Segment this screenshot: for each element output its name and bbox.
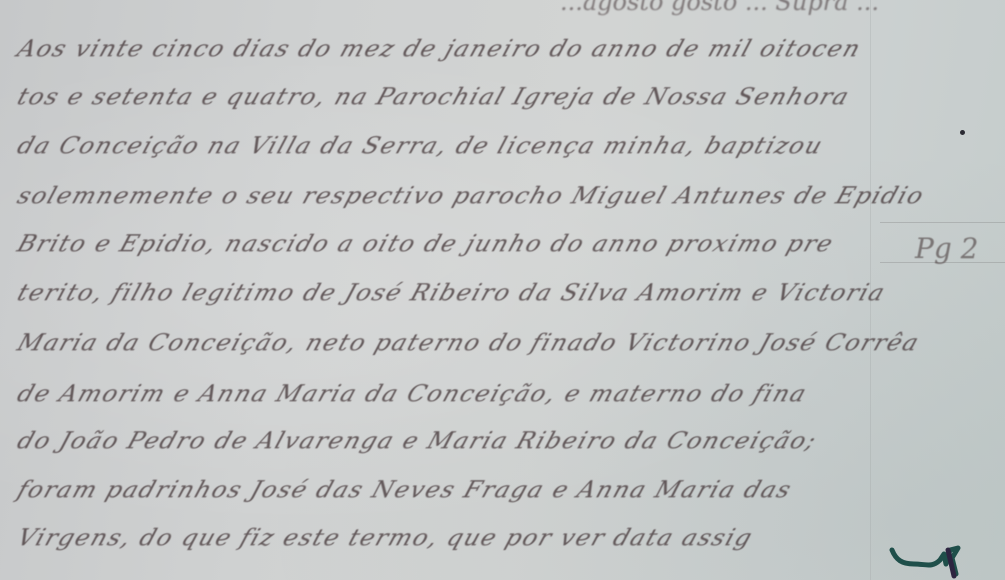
handwriting-line-6: terito, filho legitimo de José Ribeiro d… [14, 279, 889, 306]
margin-rule-top [880, 222, 1005, 223]
handwriting-line-5: Brito e Epidio, nascido a oito de junho … [14, 230, 837, 257]
ink-dot [960, 130, 965, 135]
handwriting-line-1: Aos vinte cinco dias do mez de janeiro d… [14, 35, 865, 62]
handwriting-line-7: Maria da Conceição, neto paterno do fina… [14, 329, 923, 356]
handwriting-line-8: de Amorim e Anna Maria da Conceição, e m… [14, 380, 811, 407]
top-fragment-text: ...agosto gosto ... Supra ... [560, 0, 879, 16]
handwriting-line-9: do João Pedro de Alvarenga e Maria Ribei… [14, 427, 821, 454]
handwriting-line-3: da Conceição na Villa da Serra, de licen… [14, 132, 827, 159]
handwriting-line-4: solemnemente o seu respectivo parocho Mi… [14, 182, 928, 209]
signature-mark-icon [888, 540, 968, 580]
handwriting-line-2: tos e setenta e quatro, na Parochial Igr… [14, 83, 854, 110]
document-photo: ...agosto gosto ... Supra ... Aos vinte … [0, 0, 1005, 580]
handwriting-line-11: Virgens, do que fiz este termo, que por … [14, 524, 757, 551]
margin-note: Pg 2 [915, 232, 978, 265]
handwriting-line-10: foram padrinhos José das Neves Fraga e A… [14, 476, 796, 503]
